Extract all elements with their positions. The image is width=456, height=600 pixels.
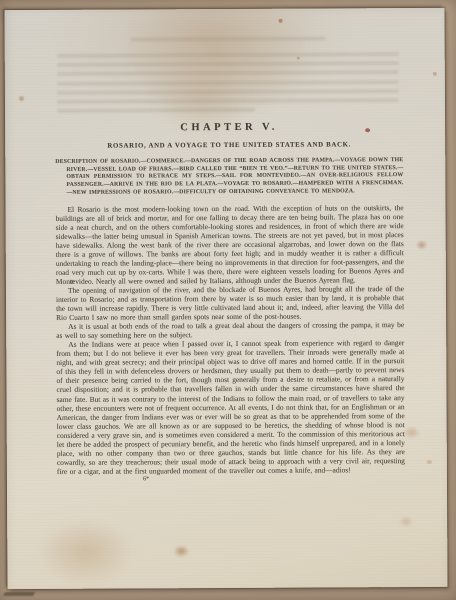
corner-mark	[3, 592, 34, 596]
stain	[416, 240, 428, 250]
chapter-title: ROSARIO, AND A VOYAGE TO THE UNITED STAT…	[55, 141, 403, 150]
foxing-spot	[433, 72, 437, 76]
bleed-through-text	[57, 36, 399, 118]
stain	[35, 517, 135, 586]
paragraph-3: As it is usual at both ends of the road …	[56, 320, 404, 340]
foxing-spot	[279, 19, 283, 23]
bleed-through-heading	[130, 36, 325, 41]
signature-mark: 6*	[143, 474, 405, 482]
chapter-heading: CHAPTER V.	[55, 121, 403, 134]
stain	[173, 545, 189, 557]
paragraph-4: As the Indians were at peace when I pass…	[56, 338, 405, 476]
foxing-spot	[19, 96, 24, 101]
foxing-spot	[427, 460, 432, 464]
chapter-summary: DESCRIPTION OF ROSARIO.—COMMERCE.—DANGER…	[55, 157, 403, 197]
printed-text-block: CHAPTER V. ROSARIO, AND A VOYAGE TO THE …	[55, 121, 405, 483]
stain	[403, 426, 421, 439]
stain	[399, 516, 413, 527]
paragraph-2: The opening of navigation of the river, …	[56, 284, 404, 322]
scan-mount-background: CHAPTER V. ROSARIO, AND A VOYAGE TO THE …	[0, 0, 456, 600]
book-page: CHAPTER V. ROSARIO, AND A VOYAGE TO THE …	[4, 8, 447, 589]
paragraph-1: El Rosario is the most modern-looking to…	[56, 203, 404, 286]
